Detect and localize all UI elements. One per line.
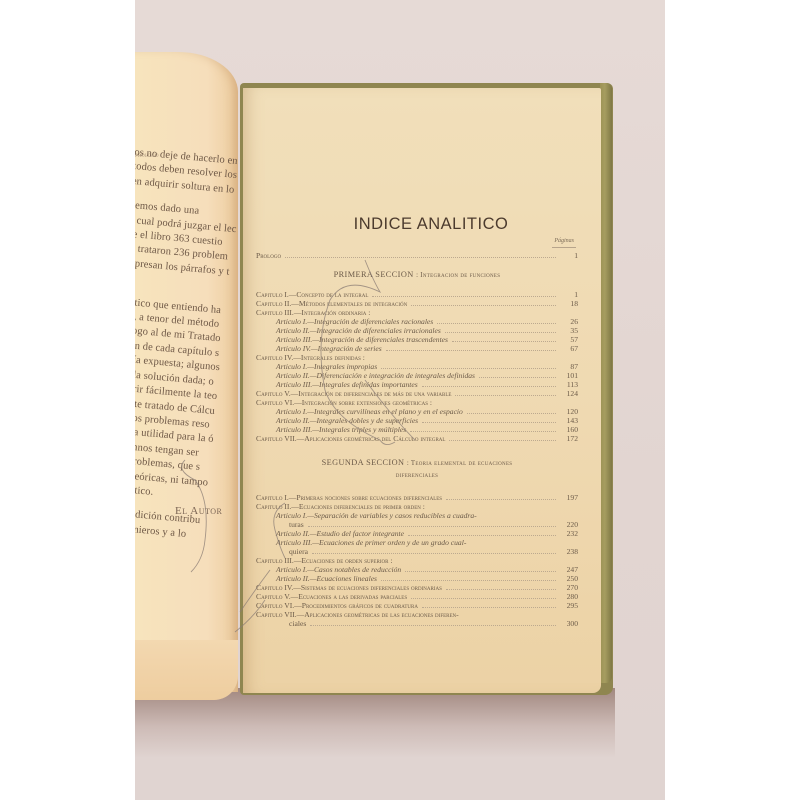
page-title: INDICE ANALITICO (284, 220, 578, 229)
leader-dots (310, 625, 556, 626)
toc-label: Capitulo VI.—Integración sobre extension… (256, 398, 432, 407)
toc-label: Articulo I.—Integrales impropias (276, 362, 377, 371)
toc-row: Articulo III.—Ecuaciones de primer orden… (256, 538, 578, 547)
toc-page: 87 (560, 362, 578, 371)
toc-label: Capitulo I.—Concepto de la integral (256, 290, 368, 299)
toc-row: Capitulo III.—Ecuaciones de orden superi… (256, 556, 578, 565)
toc-page: 280 (560, 592, 578, 601)
section-title: PRIMERA SECCION (334, 270, 414, 279)
toc-row: quiera238 (256, 547, 578, 556)
toc-label: quiera (289, 547, 308, 556)
leader-dots (437, 323, 556, 324)
toc-label: Capitulo VI.—Procedimientos gráficos de … (256, 601, 418, 610)
toc-label: Prologo (256, 251, 281, 260)
leader-dots (446, 499, 556, 500)
book-photo: PRÓLOGO os no deje de hacerlo entodos de… (135, 0, 665, 800)
leader-dots (411, 598, 556, 599)
book-cover-edge (600, 83, 612, 683)
toc-label: Capitulo VII.—Aplicaciones geométricas d… (256, 610, 459, 619)
toc-label: Capitulo III.—Integración ordinaria : (256, 308, 370, 317)
toc-label: Articulo IV.—Integración de series (276, 344, 382, 353)
toc-row: Capitulo VII.—Aplicaciones geométricas d… (256, 434, 578, 443)
toc-row: Capitulo II.—Métodos elementales de inte… (256, 299, 578, 308)
leader-dots (285, 257, 556, 258)
leader-dots (308, 526, 556, 527)
leader-dots (386, 350, 556, 351)
toc-label: Articulo I.—Integración de diferenciales… (276, 317, 433, 326)
left-page-bottom (135, 640, 238, 700)
leader-dots (479, 377, 556, 378)
toc-page: 1 (560, 251, 578, 260)
toc-label: Articulo I.—Separación de variables y ca… (276, 511, 477, 520)
leader-dots (408, 535, 556, 536)
toc-row: Articulo I.—Integrales curvilíneas en el… (256, 407, 578, 416)
leader-dots (452, 341, 556, 342)
toc-row: Capitulo VI.—Procedimientos gráficos de … (256, 601, 578, 610)
toc-label: Capitulo IV.—Sistemas de ecuaciones dife… (256, 583, 442, 592)
toc-row: Articulo I.—Integración de diferenciales… (256, 317, 578, 326)
toc-page: 232 (560, 529, 578, 538)
toc-label: Articulo II.—Estudio del factor integran… (276, 529, 404, 538)
toc-page: 57 (560, 335, 578, 344)
toc-page: 18 (560, 299, 578, 308)
leader-dots (422, 386, 556, 387)
toc-row-prologo: Prologo 1 (256, 251, 578, 260)
toc-row: Articulo II.—Diferenciación e integració… (256, 371, 578, 380)
section-1-entries: Capitulo I.—Concepto de la integral1Capi… (256, 290, 578, 443)
toc-label: Capitulo II.—Ecuaciones diferenciales de… (256, 502, 425, 511)
toc-row: Articulo II.—Integrales dobles y de supe… (256, 416, 578, 425)
toc-label: ciales (289, 619, 306, 628)
toc-row: Articulo II.—Estudio del factor integran… (256, 529, 578, 538)
toc-row: Capitulo I.—Concepto de la integral1 (256, 290, 578, 299)
toc-page: 113 (560, 380, 578, 389)
toc-label: Articulo II.—Integrales dobles y de supe… (276, 416, 418, 425)
toc-page: 120 (560, 407, 578, 416)
toc-label: Articulo II.—Ecuaciones lineales (276, 574, 377, 583)
toc-row: Capitulo III.—Integración ordinaria : (256, 308, 578, 317)
section-subtitle: : Integracion de funciones (416, 272, 500, 279)
toc-page: 143 (560, 416, 578, 425)
toc-row: ciales300 (256, 619, 578, 628)
toc-page: 26 (560, 317, 578, 326)
toc-row: Articulo I.—Casos notables de reducción2… (256, 565, 578, 574)
toc-page: 250 (560, 574, 578, 583)
pages-column-header: Páginas (256, 237, 578, 246)
leader-dots (467, 413, 556, 414)
toc-row: Articulo II.—Ecuaciones lineales250 (256, 574, 578, 583)
toc-row: Capitulo VII.—Aplicaciones geométricas d… (256, 610, 578, 619)
left-page: PRÓLOGO os no deje de hacerlo entodos de… (135, 52, 238, 692)
leader-dots (410, 431, 556, 432)
toc-label: Articulo II.—Integración de diferenciale… (276, 326, 441, 335)
toc-label: Articulo III.—Integrales definidas impor… (276, 380, 418, 389)
toc-page: 35 (560, 326, 578, 335)
toc-label: Capitulo III.—Ecuaciones de orden superi… (256, 556, 392, 565)
toc-page: 300 (560, 619, 578, 628)
leader-dots (445, 332, 556, 333)
section-2-entries: Capitulo I.—Primeras nociones sobre ecua… (256, 493, 578, 628)
toc-label: Articulo I.—Casos notables de reducción (276, 565, 401, 574)
toc-row: Capitulo V.—Ecuaciones a las derivadas p… (256, 592, 578, 601)
toc-row: Articulo IV.—Integración de series67 (256, 344, 578, 353)
section-heading-2: SEGUNDA SECCION : Teoria elemental de ec… (256, 457, 578, 481)
section-heading-1: PRIMERA SECCION : Integracion de funcion… (256, 270, 578, 280)
toc-row: Articulo I.—Separación de variables y ca… (256, 511, 578, 520)
leader-dots (381, 368, 556, 369)
toc-label: Articulo III.—Integración de diferencial… (276, 335, 448, 344)
leader-dots (449, 440, 556, 441)
toc-page: 197 (560, 493, 578, 502)
leader-dots (312, 553, 556, 554)
leader-dots (405, 571, 556, 572)
leader-dots (446, 589, 556, 590)
toc-page: 220 (560, 520, 578, 529)
toc-row: Capitulo II.—Ecuaciones diferenciales de… (256, 502, 578, 511)
toc-label: turas (289, 520, 304, 529)
section-title: SEGUNDA SECCION (322, 458, 405, 467)
toc-label: Articulo II.—Diferenciación e integració… (276, 371, 475, 380)
toc-page: 160 (560, 425, 578, 434)
leader-dots (455, 395, 556, 396)
table-of-contents: INDICE ANALITICO Páginas Prologo 1 PRIME… (256, 220, 578, 628)
toc-label: Articulo I.—Integrales curvilíneas en el… (276, 407, 463, 416)
toc-row: Capitulo VI.—Integración sobre extension… (256, 398, 578, 407)
left-page-text: os no deje de hacerlo entodos deben reso… (135, 146, 238, 560)
toc-page: 101 (560, 371, 578, 380)
toc-row: Articulo I.—Integrales impropias87 (256, 362, 578, 371)
toc-page: 67 (560, 344, 578, 353)
toc-row: Capitulo I.—Primeras nociones sobre ecua… (256, 493, 578, 502)
leader-dots (411, 305, 556, 306)
toc-page: 172 (560, 434, 578, 443)
toc-label: Capitulo VII.—Aplicaciones geométricas d… (256, 434, 445, 443)
toc-page: 124 (560, 389, 578, 398)
toc-label: Articulo III.—Ecuaciones de primer orden… (276, 538, 466, 547)
section-subtitle-cont: diferenciales (396, 472, 439, 479)
toc-label: Capitulo I.—Primeras nociones sobre ecua… (256, 493, 442, 502)
leader-dots (372, 296, 556, 297)
toc-row: Articulo III.—Integrales triples y múlti… (256, 425, 578, 434)
toc-row: Capitulo V.—Integración de diferenciales… (256, 389, 578, 398)
toc-label: Capitulo II.—Métodos elementales de inte… (256, 299, 407, 308)
toc-row: Articulo II.—Integración de diferenciale… (256, 326, 578, 335)
author-signature: El Autor (175, 505, 222, 517)
toc-label: Capitulo IV.—Integrales definidas : (256, 353, 365, 362)
leader-dots (381, 580, 556, 581)
leader-dots (422, 607, 556, 608)
toc-page: 1 (560, 290, 578, 299)
leader-dots (422, 422, 556, 423)
toc-label: Articulo III.—Integrales triples y múlti… (276, 425, 406, 434)
toc-row: turas220 (256, 520, 578, 529)
toc-page: 247 (560, 565, 578, 574)
toc-row: Capitulo IV.—Sistemas de ecuaciones dife… (256, 583, 578, 592)
toc-page: 238 (560, 547, 578, 556)
toc-row: Capitulo IV.—Integrales definidas : (256, 353, 578, 362)
toc-page: 295 (560, 601, 578, 610)
toc-row: Articulo III.—Integrales definidas impor… (256, 380, 578, 389)
section-subtitle: : Teoria elemental de ecuaciones (407, 460, 513, 467)
toc-row: Articulo III.—Integración de diferencial… (256, 335, 578, 344)
toc-label: Capitulo V.—Integración de diferenciales… (256, 389, 451, 398)
toc-label: Capitulo V.—Ecuaciones a las derivadas p… (256, 592, 407, 601)
toc-page: 270 (560, 583, 578, 592)
